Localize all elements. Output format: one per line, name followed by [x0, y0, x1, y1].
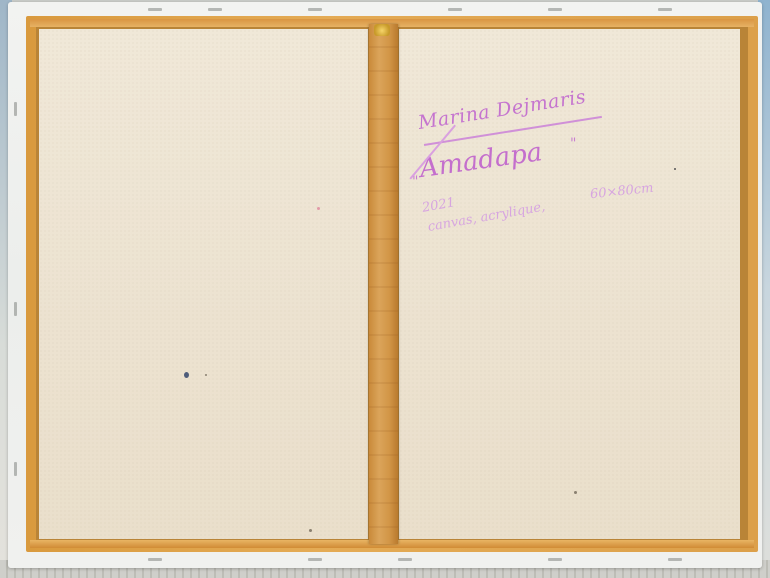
staple [548, 558, 562, 561]
staple [658, 8, 672, 11]
staple [14, 102, 17, 116]
staple [14, 462, 17, 476]
artwork-size: 60×80cm [589, 181, 654, 203]
staple [208, 8, 222, 11]
staple [398, 558, 412, 561]
paint-spot [574, 491, 577, 494]
paint-spot [205, 374, 207, 376]
paint-spot [309, 529, 312, 532]
paint-spot [317, 207, 320, 210]
canvas-back-left-panel [39, 29, 368, 539]
staple [448, 8, 462, 11]
staple [308, 558, 322, 561]
staple [148, 8, 162, 11]
handwritten-inscription: Marina Dejmaris " " Amadapa 2021 canvas,… [410, 108, 730, 238]
sawtooth-hanger [374, 24, 390, 36]
title-quote-close: " [570, 136, 576, 152]
artwork-year: 2021 [421, 195, 456, 216]
wood-grain [369, 24, 398, 544]
staple [668, 558, 682, 561]
staple [308, 8, 322, 11]
paint-spot [184, 372, 189, 378]
staple [14, 302, 17, 316]
center-crossbar [369, 24, 398, 544]
staple [548, 8, 562, 11]
staple [148, 558, 162, 561]
